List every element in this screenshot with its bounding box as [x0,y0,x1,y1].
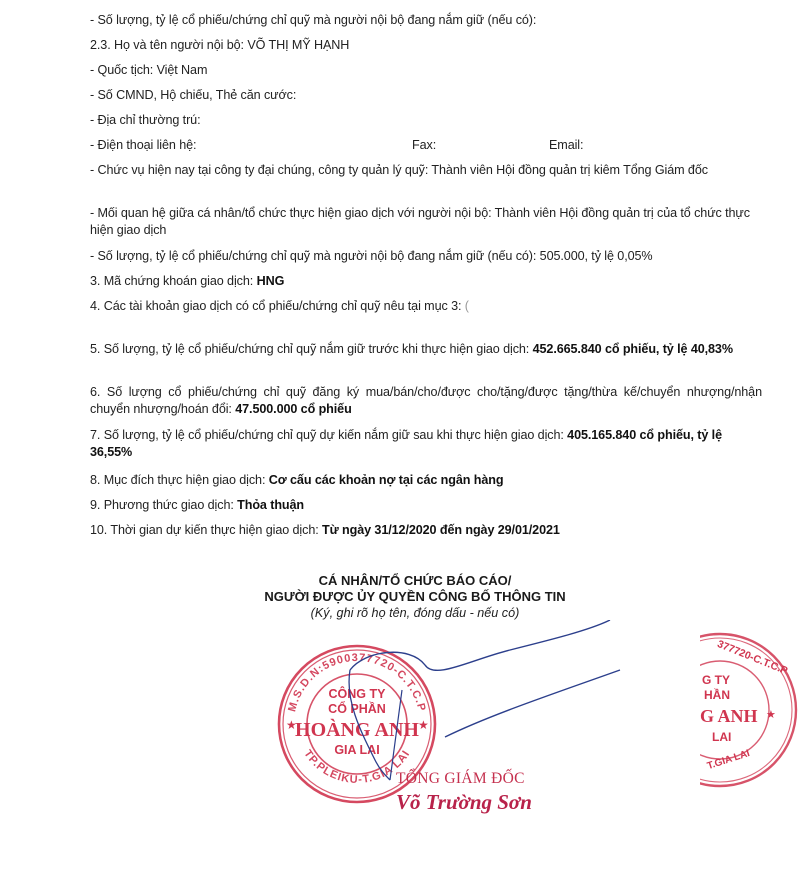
signature-note: (Ký, ghi rõ họ tên, đóng dấu - nếu có) [240,605,590,621]
insider-name-line: 2.3. Họ và tên người nội bộ: VÕ THỊ MỸ H… [90,37,349,54]
item-3-label: 3. Mã chứng khoán giao dịch: [90,274,253,288]
director-name: Võ Trường Sơn [396,790,532,815]
partial-stamp-line-3: G ANH [700,706,758,726]
item-8-label: 8. Mục đích thực hiện giao dịch: [90,473,265,487]
item-9-label: 9. Phương thức giao dịch: [90,498,234,512]
insider-holding-line-2: - Số lượng, tỷ lệ cổ phiếu/chứng chỉ quỹ… [90,248,653,265]
item-9-value: Thỏa thuận [237,498,304,512]
item-10-value: Từ ngày 31/12/2020 đến ngày 29/01/2021 [322,523,560,537]
item-9-method: 9. Phương thức giao dịch: Thỏa thuận [90,497,304,514]
signature-title-2: NGƯỜI ĐƯỢC ỦY QUYỀN CÔNG BỐ THÔNG TIN [240,589,590,605]
partial-stamp-line-4: LAI [712,730,731,744]
signature-title-1: CÁ NHÂN/TỔ CHỨC BÁO CÁO/ [240,573,590,589]
partial-stamp-ring-bottom: T.GIA LAI [706,748,752,772]
item-10-label: 10. Thời gian dự kiến thực hiện giao dịc… [90,523,319,537]
item-6-label: 6. Số lượng cổ phiếu/chứng chỉ quỹ đăng … [90,385,762,416]
fax-label: Fax: [412,137,436,154]
item-10-time: 10. Thời gian dự kiến thực hiện giao dịc… [90,522,560,539]
item-6-value: 47.500.000 cổ phiếu [235,402,351,416]
item-5-label: 5. Số lượng, tỷ lệ cổ phiếu/chứng chỉ qu… [90,342,529,356]
item-8-value: Cơ cấu các khoản nợ tại các ngân hàng [269,473,504,487]
item-5-value: 452.665.840 cổ phiếu, tỷ lệ 40,83% [533,342,733,356]
position-line: - Chức vụ hiện nay tại công ty đại chúng… [90,162,762,179]
partial-stamp-line-2: HẦN [704,687,730,702]
item-4-label: 4. Các tài khoản giao dịch có cổ phiếu/c… [90,299,461,313]
svg-text:★: ★ [766,709,776,721]
document-page: - Số lượng, tỷ lệ cổ phiếu/chứng chỉ quỹ… [0,0,800,879]
item-5-before: 5. Số lượng, tỷ lệ cổ phiếu/chứng chỉ qu… [90,341,762,358]
insider-name-value: VÕ THỊ MỸ HẠNH [247,38,349,52]
partial-stamp-line-1: G TY [702,673,730,687]
director-title: TỔNG GIÁM ĐỐC [396,770,525,788]
insider-name-label: 2.3. Họ và tên người nội bộ: [90,38,244,52]
insider-holding-line-1: - Số lượng, tỷ lệ cổ phiếu/chứng chỉ quỹ… [90,12,536,29]
id-number-line: - Số CMND, Hộ chiếu, Thẻ căn cước: [90,87,296,104]
nationality-line: - Quốc tịch: Việt Nam [90,62,207,79]
address-line: - Địa chỉ thường trú: [90,112,200,129]
item-8-purpose: 8. Mục đích thực hiện giao dịch: Cơ cấu … [90,472,503,489]
email-label: Email: [549,137,583,154]
relationship-line: - Mối quan hệ giữa cá nhân/tổ chức thực … [90,205,762,239]
signature-block: CÁ NHÂN/TỔ CHỨC BÁO CÁO/ NGƯỜI ĐƯỢC ỦY Q… [240,573,590,621]
item-6-registered: 6. Số lượng cổ phiếu/chứng chỉ quỹ đăng … [90,384,762,418]
partial-stamp: 377720-C.T.C.P ★ G TY HẦN G ANH LAI T.GI… [700,628,800,788]
handwritten-signature [330,620,630,790]
contact-line: - Điện thoại liên hệ: Fax: Email: [90,137,770,154]
phone-label: - Điện thoại liên hệ: [90,138,196,152]
item-3-ticker: 3. Mã chứng khoán giao dịch: HNG [90,273,284,290]
item-7-label: 7. Số lượng, tỷ lệ cổ phiếu/chứng chỉ qu… [90,428,564,442]
ticker-value: HNG [257,274,285,288]
item-7-after: 7. Số lượng, tỷ lệ cổ phiếu/chứng chỉ qu… [90,427,762,461]
item-4-accounts: 4. Các tài khoản giao dịch có cổ phiếu/c… [90,298,469,315]
partial-stamp-ring-top: 377720-C.T.C.P [716,638,790,677]
